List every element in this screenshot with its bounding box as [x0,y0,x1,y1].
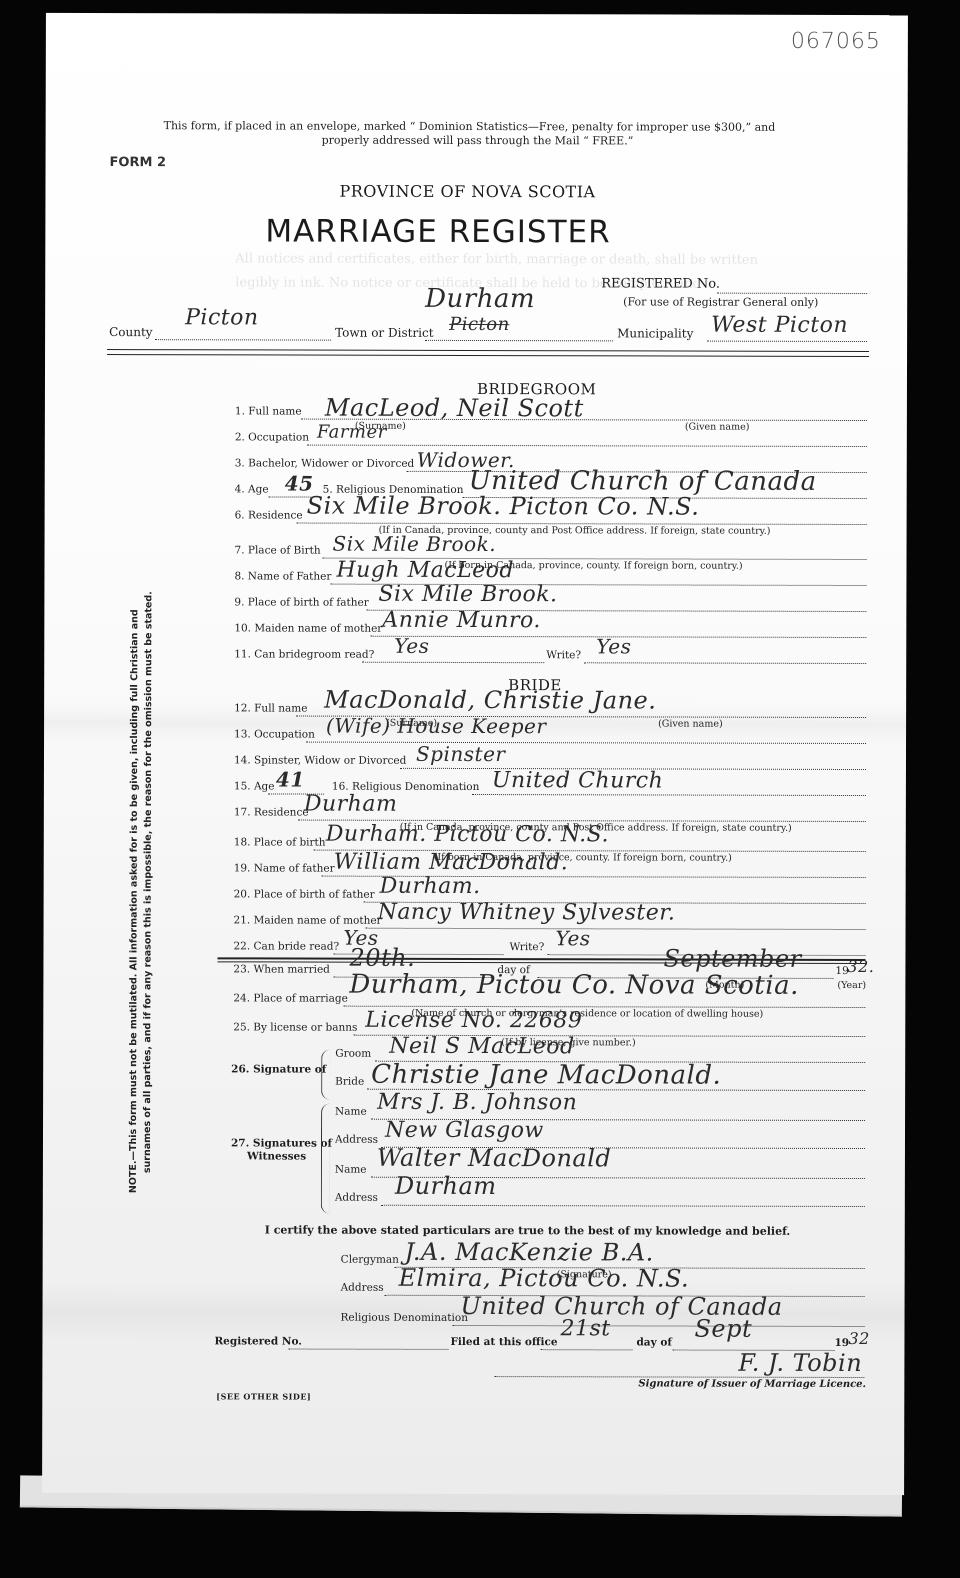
town-value: Durham [425,284,535,314]
groom-occupation: Farmer [317,422,387,443]
province-title: PROVINCE OF NOVA SCOTIA [339,182,595,202]
witness-address-label: Address [335,1192,378,1204]
license-number: License No. 22689 [365,1008,582,1034]
clergyman-label: Clergyman [341,1254,399,1266]
certification-statement: I certify the above stated particulars a… [265,1223,791,1237]
page-title: MARRIAGE REGISTER [265,213,610,250]
bride-signature: Christie Jane MacDonald. [371,1060,721,1091]
brace [321,1104,330,1214]
registered-no-note: (For use of Registrar General only) [623,295,818,309]
witness-name-label: Name [335,1106,367,1118]
marriage-register-form: 067065 This form, if placed in an envelo… [42,13,908,1495]
county-label: County [109,325,153,339]
field-label: 9. Place of birth of father [234,596,368,608]
witness-2-name: Walter MacDonald [377,1144,611,1173]
field-label: 4. Age [235,483,269,495]
year-hint: (Year) [837,980,866,991]
marriage-year: 32. [847,957,874,976]
bride-age: 41 [276,767,305,791]
groom-father-birthplace: Six Mile Brook. [378,582,557,607]
groom-father-name: Hugh MacLeod [336,558,514,583]
field-label: 7. Place of Birth [235,544,321,556]
filed-year: 32 [848,1329,869,1348]
issuer-signature: F. J. Tobin [738,1349,862,1377]
groom-can-write: Yes [596,634,631,658]
bride-can-write: Yes [555,926,590,950]
town-label: Town or District [335,326,433,340]
bride-father-birthplace: Durham. [380,874,481,899]
field-label: 23. When married [233,963,329,975]
filed-day-of-label: day of [636,1336,671,1348]
registered-no-label: REGISTERED No. [601,276,720,291]
bride-signature-label: Bride [335,1076,364,1088]
field-label: 20. Place of birth of father [234,888,375,900]
bride-mother-maiden-name: Nancy Whitney Sylvester. [378,900,676,926]
side-note-line1: NOTE.—This form must not be mutilated. A… [127,591,143,1193]
groom-mother-maiden-name: Annie Munro. [382,608,541,633]
groom-signature-label: Groom [335,1048,371,1060]
clergyman-address: Elmira, Pictou Co. N.S. [399,1264,690,1293]
field-label: 6. Residence [235,509,303,521]
bride-occupation: (Wife) House Keeper [326,714,546,739]
groom-full-name: MacLeod, Neil Scott [325,394,584,423]
groom-signature: Neil S MacLeod [389,1034,574,1059]
witnesses-label-line2: Witnesses [247,1150,306,1162]
clergyman-address-label: Address [341,1282,384,1294]
bleed-through-text: All notices and certificates, either for… [235,251,758,267]
field-label: 15. Age [234,780,275,792]
witnesses-label: 27. Signatures of [231,1137,332,1149]
field-label: 17. Residence [234,806,309,818]
filed-month: Sept [694,1315,752,1343]
bride-full-name: MacDonald, Christie Jane. [324,686,656,715]
given-name-hint: (Given name) [685,422,750,433]
clergyman-denomination-label: Religious Denomination [341,1312,468,1324]
field-label: 1. Full name [235,405,302,417]
marriage-place: Durham, Pictou Co. Nova Scotia. [349,970,799,1001]
side-note-line2: surnames of all parties, and if for any … [141,591,157,1193]
filed-label: Filed at this office [450,1336,557,1348]
marriage-day: 20th. [349,944,415,972]
groom-can-read: Yes [394,634,429,658]
witness-1-address: New Glasgow [385,1118,544,1143]
bride-religion: United Church [492,768,663,793]
see-other-side: [SEE OTHER SIDE] [216,1391,311,1401]
witness-2-address: Durham [395,1172,497,1200]
field-label: 25. By license or banns [233,1021,357,1033]
archive-number: 067065 [791,29,881,54]
field-label: 18. Place of birth [234,836,326,848]
field-label: 11. Can bridegroom read? [234,648,374,660]
field-label: 24. Place of marriage [233,992,348,1004]
field-label: 22. Can bride read? [233,940,339,952]
field-label: 10. Maiden name of mother [234,622,382,634]
signature-section-label: 26. Signature of [231,1063,326,1075]
field-label: 8. Name of Father [234,570,331,582]
issuer-label: Signature of Issuer of Marriage Licence. [638,1378,866,1390]
field-label: Write? [509,941,544,953]
town-value-struck: Picton [449,314,510,335]
municipality-label: Municipality [617,326,693,340]
field-label: 12. Full name [234,702,307,714]
field-label: 14. Spinster, Widow or Divorced [234,754,406,766]
header-divider [107,349,869,357]
clergyman-signature: J.A. MacKenzie B.A. [405,1238,654,1267]
county-value: Picton [185,305,258,330]
bride-birthplace: Durham. Pictou Co. N.S. [326,822,609,848]
groom-birthplace: Six Mile Brook. [333,532,497,556]
bride-marital-status: Spinster [416,742,506,766]
municipality-value: West Picton [711,313,848,338]
bride-father-name: William MacDonald. [334,850,569,876]
postal-notice-line1: This form, if placed in an envelope, mar… [164,119,776,134]
brace [321,1050,330,1100]
side-note: NOTE.—This form must not be mutilated. A… [127,591,157,1193]
witness-1-name: Mrs J. B. Johnson [377,1090,577,1116]
given-name-hint: (Given name) [658,718,723,729]
field-label: 3. Bachelor, Widower or Divorced [235,457,415,469]
witness-name-label: Name [335,1164,367,1176]
filed-year-prefix: 19 [834,1337,849,1349]
postal-notice-line2: properly addressed will pass through the… [322,134,634,148]
field-label: 2. Occupation [235,431,309,443]
witness-address-label: Address [335,1134,378,1146]
field-label: 19. Name of father [234,862,335,874]
form-number: FORM 2 [110,155,166,170]
groom-residence: Six Mile Brook. Picton Co. N.S. [307,492,700,521]
filed-day: 21st [560,1316,610,1341]
filing-registered-no-label: Registered No. [214,1335,301,1347]
marriage-month: September [663,944,801,972]
field-label: Write? [546,649,581,661]
bride-residence: Durham [304,792,398,817]
field-label: 13. Occupation [234,728,315,740]
